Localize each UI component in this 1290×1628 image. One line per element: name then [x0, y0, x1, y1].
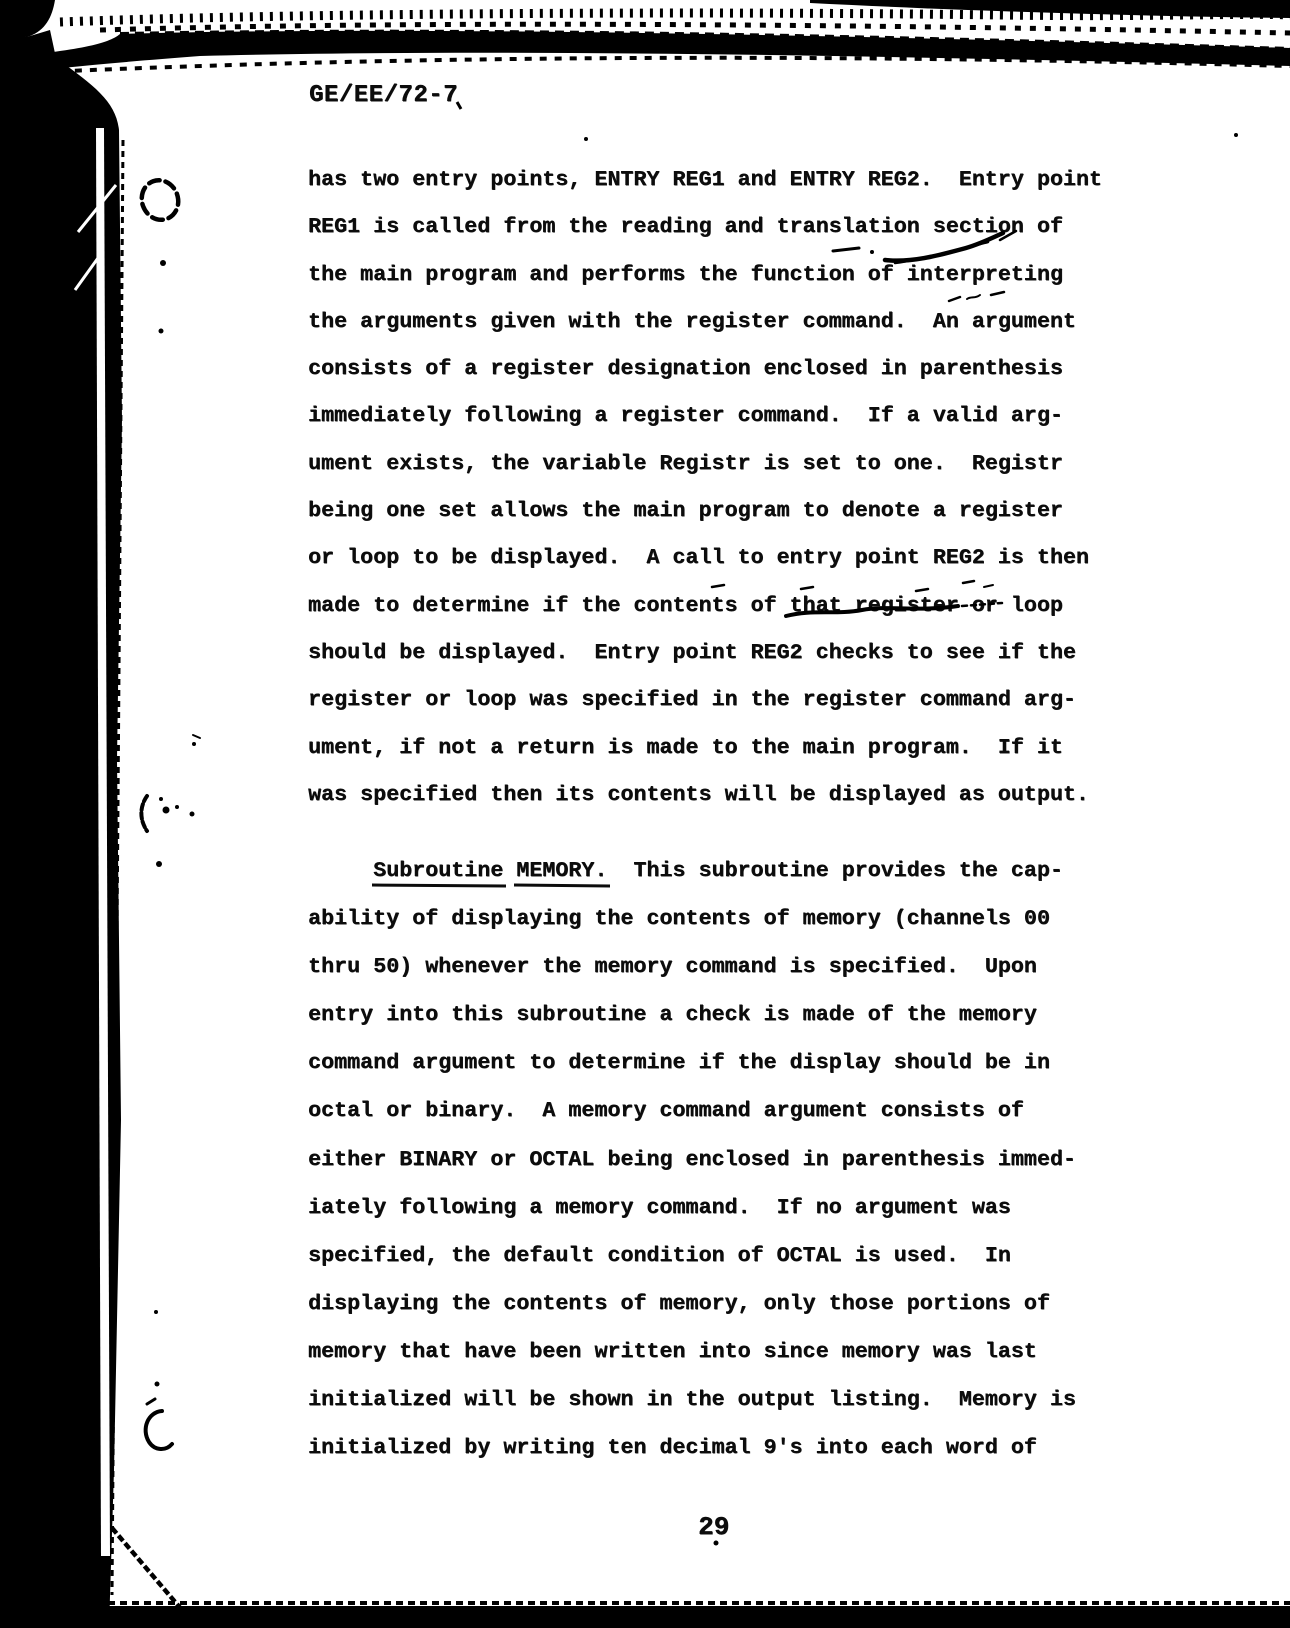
text-line: specified, the default condition of OCTA… — [308, 1232, 1208, 1280]
text-line: has two entry points, ENTRY REG1 and ENT… — [308, 156, 1208, 203]
text-line: thru 50) whenever the memory command is … — [308, 943, 1208, 991]
left-edge-band — [0, 30, 123, 1628]
film-scratch-line — [96, 128, 110, 1556]
top-edge-band — [0, 0, 1290, 74]
text-line: ability of displaying the contents of me… — [308, 895, 1208, 943]
text-line: register or loop was specified in the re… — [308, 676, 1208, 723]
text-line: REG1 is called from the reading and tran… — [308, 203, 1208, 250]
document-id: GE/EE/72-7 — [309, 82, 458, 109]
text-line: ument exists, the variable Registr is se… — [308, 440, 1208, 487]
paragraph-1: has two entry points, ENTRY REG1 and ENT… — [308, 156, 1208, 818]
pen-paren-mark — [141, 735, 200, 831]
text-line: ument, if not a return is made to the ma… — [308, 724, 1208, 771]
text-line: should be displayed. Entry point REG2 ch… — [308, 629, 1208, 676]
text-line: made to determine if the contents of tha… — [308, 582, 1208, 629]
text-line: initialized by writing ten decimal 9's i… — [308, 1424, 1208, 1472]
paragraph-2: Subroutine MEMORY. This subroutine provi… — [308, 847, 1208, 1472]
text-line: the main program and performs the functi… — [308, 251, 1208, 298]
text-line: immediately following a register command… — [308, 392, 1208, 439]
pen-c-mark — [146, 1399, 172, 1449]
text-line: or loop to be displayed. A call to entry… — [308, 534, 1208, 581]
text-line: consists of a register designation enclo… — [308, 345, 1208, 392]
text-line: either BINARY or OCTAL being enclosed in… — [308, 1136, 1208, 1184]
page-number: 29 — [698, 1512, 729, 1542]
text-line: command argument to determine if the dis… — [308, 1039, 1208, 1087]
pen-circle-mark — [136, 175, 184, 225]
bottom-edge-band — [0, 1528, 1290, 1628]
text-line: the arguments given with the register co… — [308, 298, 1208, 345]
scanned-page: GE/EE/72-7 has two entry points, ENTRY R… — [0, 0, 1290, 1628]
bottom-left-diagonal-scratch — [112, 1528, 182, 1610]
text-line: was specified then its contents will be … — [308, 771, 1208, 818]
text-line: initialized will be shown in the output … — [308, 1376, 1208, 1424]
text-line: being one set allows the main program to… — [308, 487, 1208, 534]
text-line: displaying the contents of memory, only … — [308, 1280, 1208, 1328]
text-line: entry into this subroutine a check is ma… — [308, 991, 1208, 1039]
text-line: iately following a memory command. If no… — [308, 1184, 1208, 1232]
text-line: Subroutine MEMORY. This subroutine provi… — [308, 847, 1208, 895]
text-line: memory that have been written into since… — [308, 1328, 1208, 1376]
text-line: octal or binary. A memory command argume… — [308, 1087, 1208, 1135]
